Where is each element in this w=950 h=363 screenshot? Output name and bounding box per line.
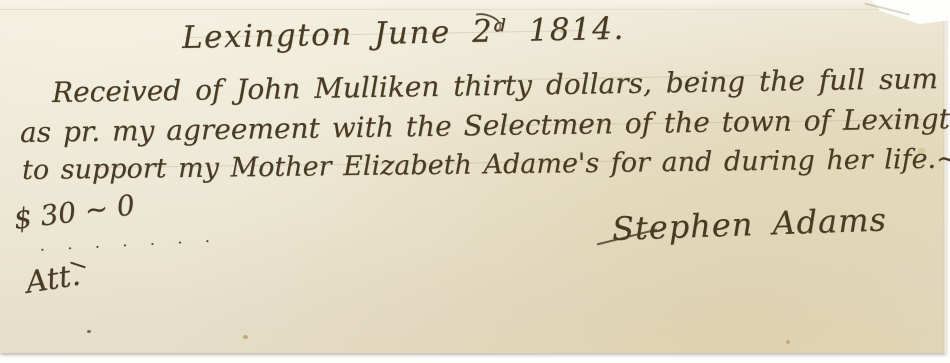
amount-notation: $ 30 ~ 0: [12, 188, 137, 236]
stain-speck: [560, 30, 564, 33]
body-line-1: Received of John Mulliken thirty dollars…: [52, 62, 938, 109]
signature-text: Stephen Adams: [611, 200, 887, 248]
paper-top-edge: [0, 0, 946, 10]
paper-right-edge: [943, 20, 946, 353]
dotted-line: · · · · · · ·: [40, 232, 220, 259]
attest-notation: Att.: [23, 258, 83, 301]
dateline-text: Lexington June 2ᵈ 1814.: [182, 11, 626, 56]
stain-speck: [243, 335, 248, 339]
ink-speck: [87, 330, 91, 333]
scanned-receipt: Lexington June 2ᵈ 1814. Received of John…: [0, 0, 950, 363]
body-line-2: as pr. my agreement with the Selectmen o…: [20, 102, 950, 149]
paper-sheet: Lexington June 2ᵈ 1814. Received of John…: [0, 0, 946, 353]
stain-speck: [786, 340, 790, 344]
body-line-3: to support my Mother Elizabeth Adame's f…: [22, 143, 950, 186]
stain-speck: [918, 148, 925, 154]
